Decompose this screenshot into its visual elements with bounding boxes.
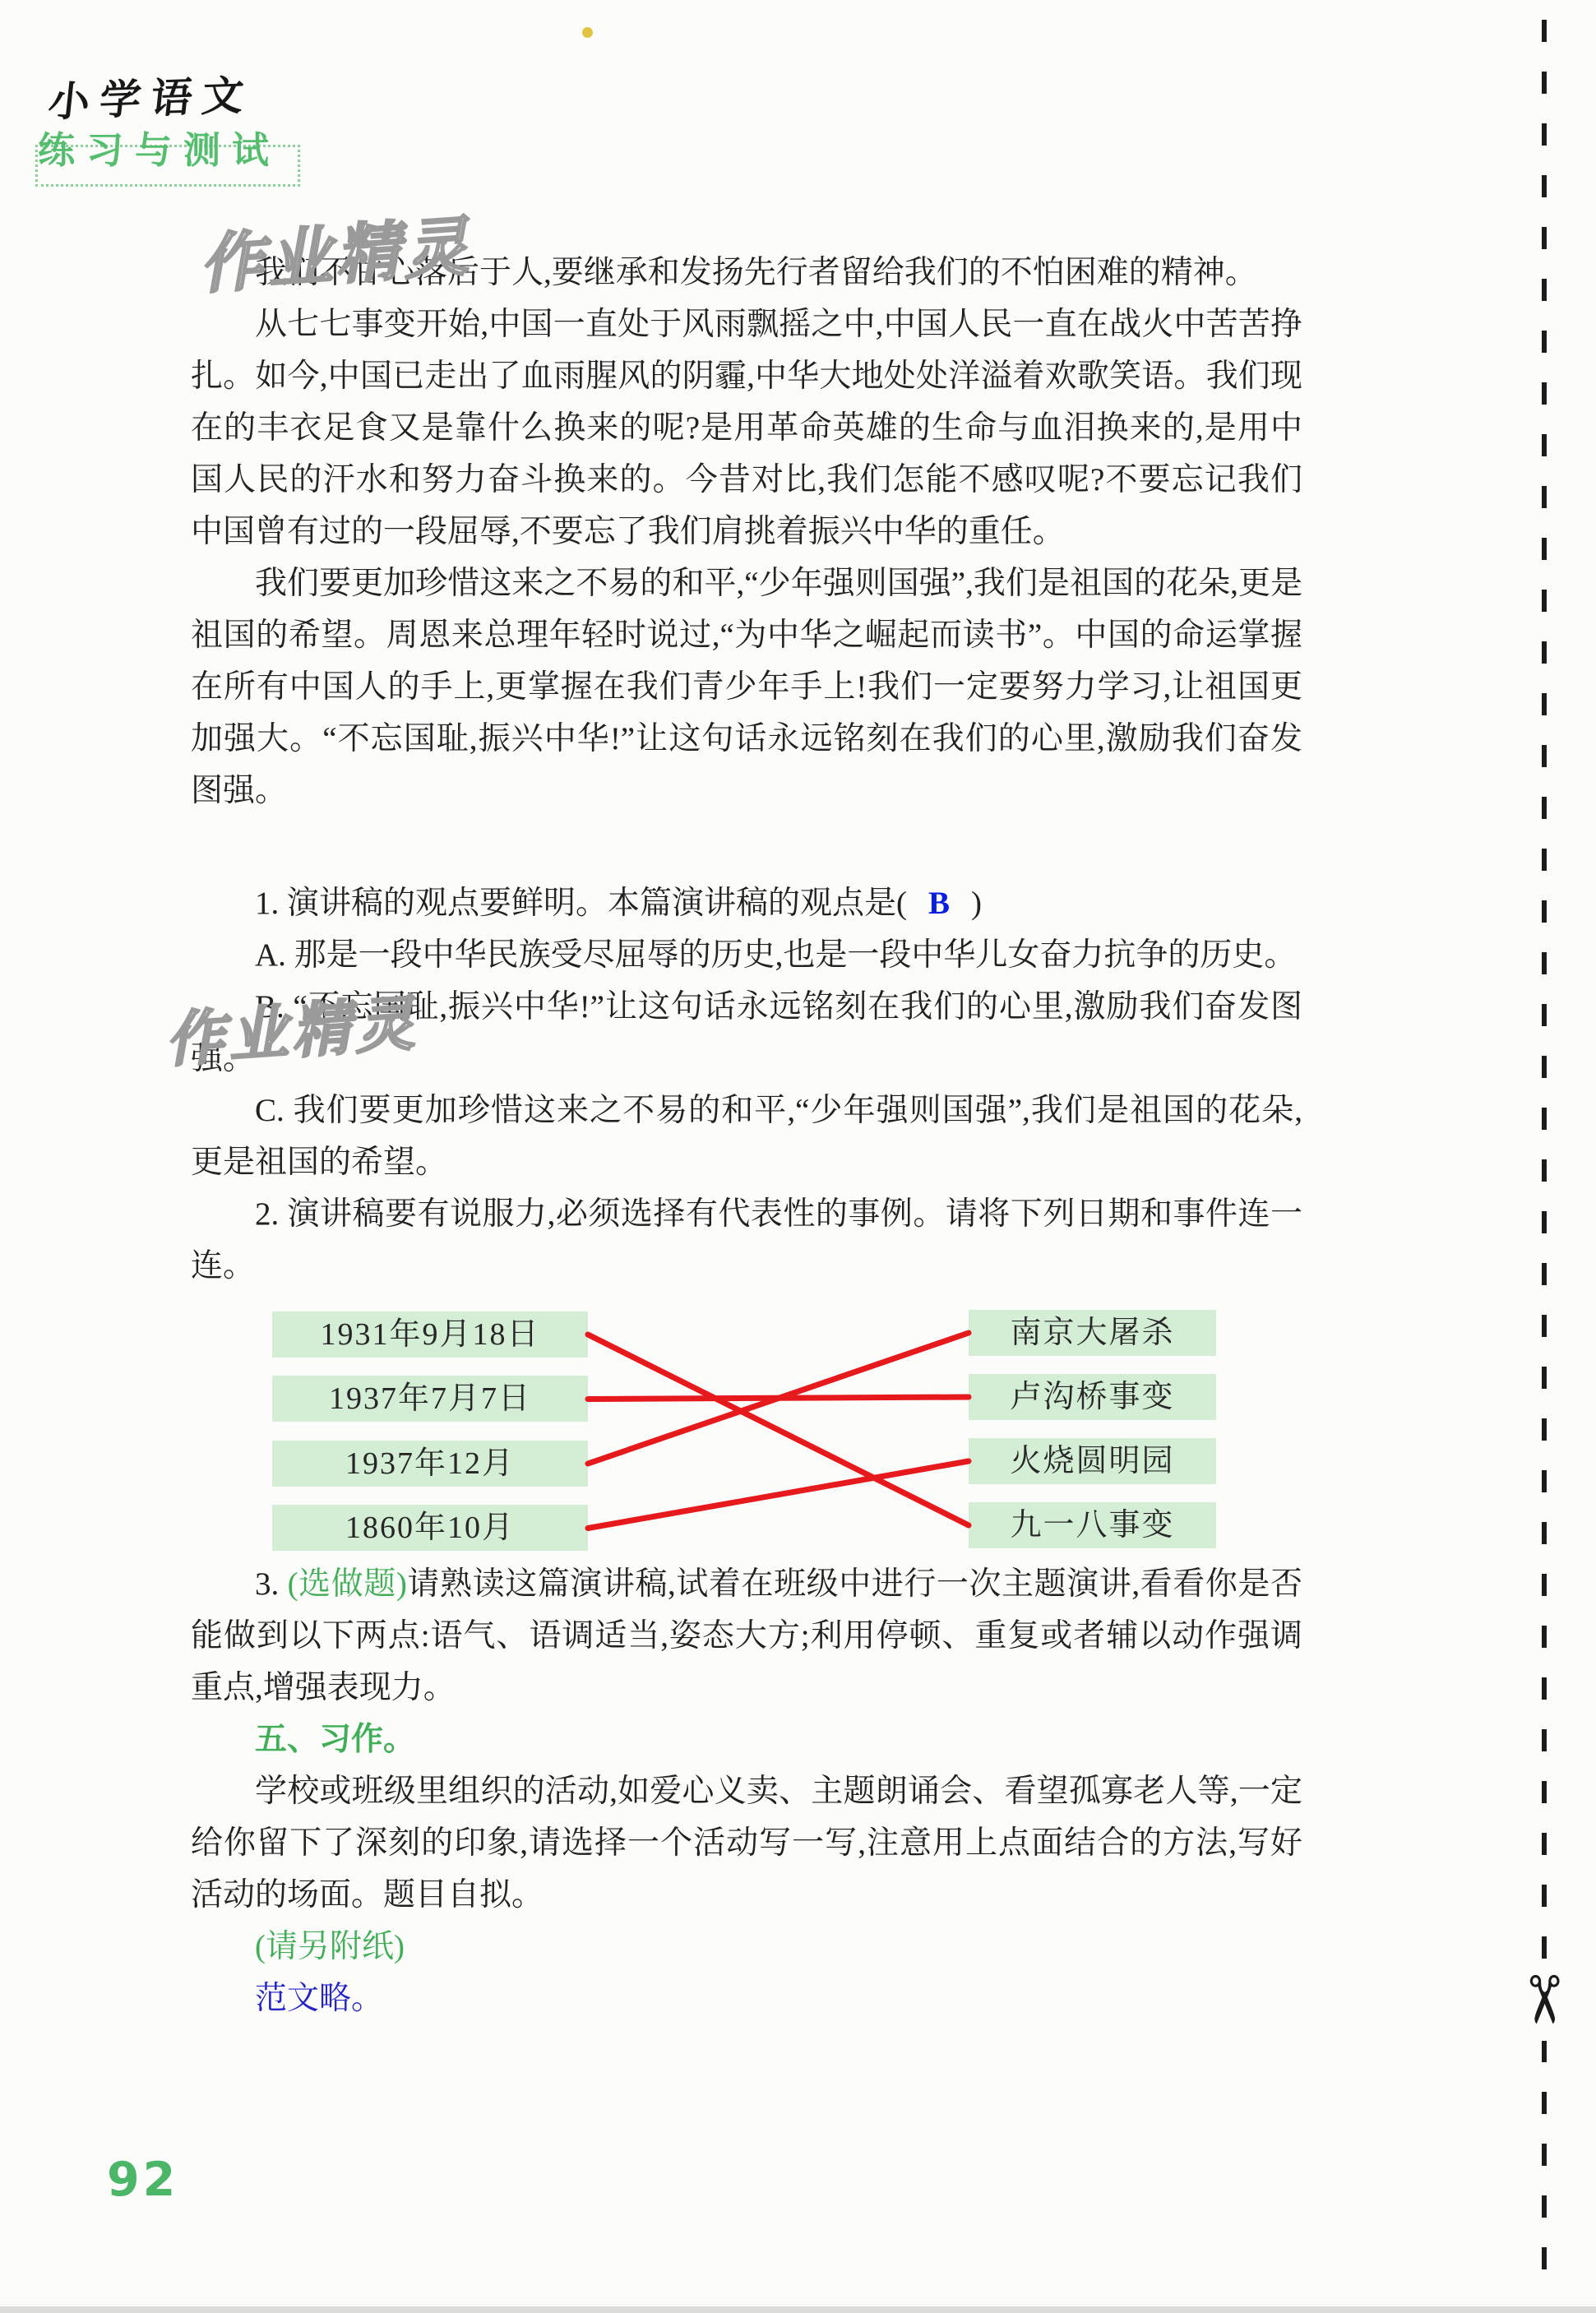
model-answer-note: 范文略。 — [191, 1973, 1302, 2024]
scissors-wrap: ✂ — [1501, 1959, 1585, 2041]
question-1-stem: 1. 演讲稿的观点要鲜明。本篇演讲稿的观点是( — [255, 886, 907, 921]
cut-dashed-line — [1542, 20, 1547, 2269]
question-2: 2. 演讲稿要有说服力,必须选择有代表性的事例。请将下列日期和事件连一连。 — [191, 1188, 1302, 1292]
series-subtitle: 练习与测试 — [38, 120, 280, 173]
option-a: A. 那是一段中华民族受尽屈辱的历史,也是一段中华儿女奋力抗争的历史。 — [191, 929, 1302, 981]
optional-tag: (选做题) — [288, 1566, 407, 1602]
series-logo: 小学语文 — [46, 62, 257, 129]
essay-prompt: 学校或班级里组织的活动,如爱心义卖、主题朗诵会、看望孤寡老人等,一定给你留下了深… — [191, 1765, 1302, 1921]
passage-paragraph: 从七七事变开始,中国一直处于风雨飘摇之中,中国人民一直在战火中苦苦挣扎。如今,中… — [191, 298, 1302, 557]
page-number: 92 — [107, 2153, 178, 2207]
match-lines — [191, 1302, 1302, 1558]
attach-paper-note: (请另附纸) — [191, 1921, 1302, 1973]
question-1: 1. 演讲稿的观点要鲜明。本篇演讲稿的观点是(B) — [191, 877, 1302, 929]
option-c: C. 我们要更加珍惜这来之不易的和平,“少年强则国强”,我们是祖国的花朵,更是祖… — [191, 1085, 1302, 1188]
scissors-icon: ✂ — [1510, 1972, 1576, 2027]
page-text-column: 我们不甘心落后于人,要继承和发扬先行者留给我们的不怕困难的精神。 从七七事变开始… — [191, 247, 1302, 2024]
question-3-number: 3. — [255, 1566, 288, 1602]
paper-speck — [582, 27, 593, 38]
page-bottom-edge — [0, 2306, 1596, 2313]
question-1-answer: B — [928, 886, 950, 921]
matching-exercise: 1931年9月18日 1937年7月7日 1937年12月 1860年10月 南… — [191, 1302, 1302, 1558]
question-3: 3. (选做题)请熟读这篇演讲稿,试着在班级中进行一次主题演讲,看看你是否能做到… — [191, 1558, 1302, 1714]
section-5-heading: 五、习作。 — [191, 1714, 1302, 1765]
question-1-stem-end: ) — [971, 886, 982, 921]
option-b: B. “不忘国耻,振兴中华!”让这句话永远铭刻在我们的心里,激励我们奋发图强。 — [191, 981, 1302, 1085]
passage-paragraph: 我们要更加珍惜这来之不易的和平,“少年强则国强”,我们是祖国的花朵,更是祖国的希… — [191, 557, 1302, 816]
workbook-page: { "header": { "series_title": "小学语文", "s… — [0, 0, 1596, 2313]
passage-paragraph: 我们不甘心落后于人,要继承和发扬先行者留给我们的不怕困难的精神。 — [191, 247, 1302, 298]
